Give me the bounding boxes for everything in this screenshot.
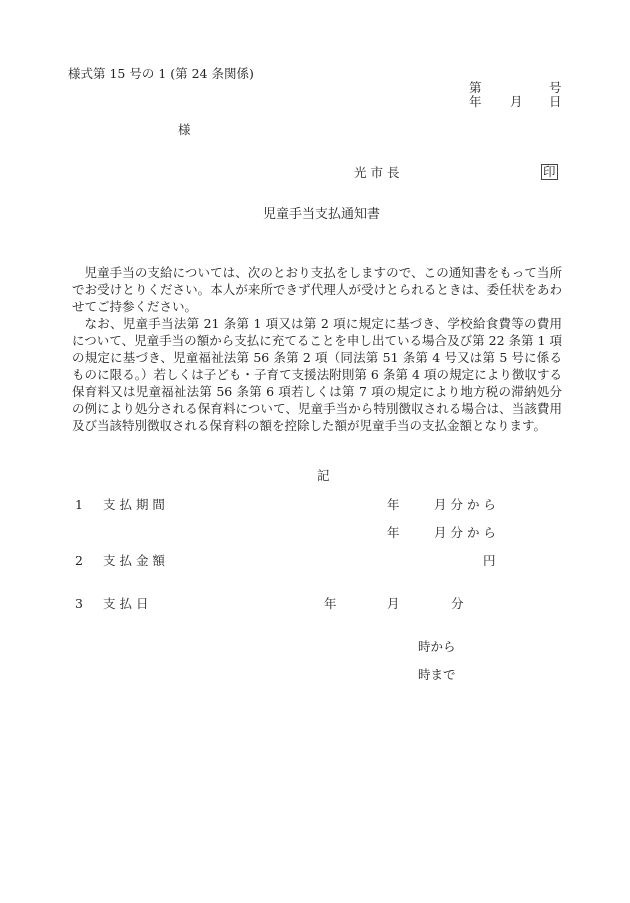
- body-paragraph-2: なお、児童手当法第 21 条第 1 項又は第 2 項に規定に基づき、学校給食費等…: [72, 315, 562, 434]
- date-month: 月: [510, 96, 523, 109]
- item-1-number: 1: [75, 499, 83, 512]
- form-number: 様式第 15 号の 1 (第 24 条関係): [68, 68, 254, 81]
- item-3-time-from: 時から: [418, 641, 456, 654]
- item-2-label: 支 払 金 額: [103, 555, 165, 568]
- seal-stamp: 印: [541, 164, 558, 180]
- item-1-label: 支 払 期 間: [103, 499, 165, 512]
- item-3-year: 年: [324, 598, 337, 611]
- item-3-minute: 分: [451, 598, 464, 611]
- document-title: 児童手当支払通知書: [263, 208, 380, 221]
- addressee-suffix: 様: [178, 124, 191, 137]
- date-year: 年: [469, 96, 482, 109]
- item-3-label: 支 払 日: [103, 598, 148, 611]
- issuer: 光 市 長: [354, 167, 399, 180]
- body-paragraph-1: 児童手当の支給については、次のとおり支払をしますので、この通知書をもって当所でお…: [72, 264, 562, 315]
- ki-heading: 記: [317, 470, 330, 483]
- doc-number-suffix: 号: [549, 82, 562, 95]
- item-3-time-to: 時まで: [418, 669, 456, 682]
- item-1-row2-month-from: 月 分 か ら: [434, 527, 496, 540]
- item-3-month: 月: [387, 598, 400, 611]
- doc-number-prefix: 第: [469, 82, 482, 95]
- item-2-number: 2: [75, 555, 83, 568]
- date-day: 日: [549, 96, 562, 109]
- item-1-row1-month-from: 月 分 か ら: [434, 499, 496, 512]
- item-2-unit: 円: [483, 555, 496, 568]
- item-1-row2-year: 年: [387, 527, 400, 540]
- item-1-row1-year: 年: [387, 499, 400, 512]
- item-3-number: 3: [75, 598, 83, 611]
